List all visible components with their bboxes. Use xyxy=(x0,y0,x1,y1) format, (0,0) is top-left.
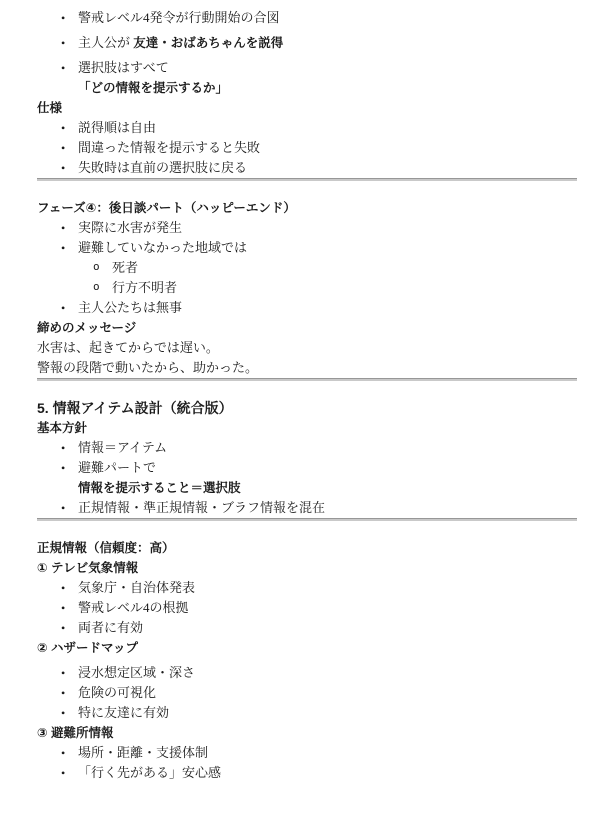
section-heading-spec: 仕様 xyxy=(37,98,577,118)
sub-bullet-item: o 死者 xyxy=(37,258,577,278)
bullet-text: 間違った情報を提示すると失敗 xyxy=(78,140,260,155)
bullet-item: • 気象庁・自治体発表 xyxy=(37,578,577,598)
formal-info-heading: 正規情報（信頼度：高） xyxy=(37,538,577,558)
bullet-text: 特に友達に有効 xyxy=(78,705,169,720)
bullet-text: 行方不明者 xyxy=(112,280,177,295)
horizontal-rule-line xyxy=(37,378,577,381)
bullet-icon: • xyxy=(61,598,65,618)
bullet-text: 正規情報・準正規情報・ブラフ情報を混在 xyxy=(78,500,325,515)
bullet-text-prefix: 主人公が xyxy=(78,35,133,50)
bullet-continuation: 情報を提示すること＝選択肢 xyxy=(37,478,577,498)
bullet-icon: • xyxy=(61,578,65,598)
paragraph: 警報の段階で動いたから、助かった。 xyxy=(37,358,577,378)
bullet-icon: • xyxy=(61,498,65,518)
bullet-text-bold: 「どの情報を提示するか」 xyxy=(78,81,228,95)
bullet-text-bold: 情報を提示すること＝選択肢 xyxy=(78,481,241,495)
bullet-text: 実際に水害が発生 xyxy=(78,220,182,235)
bullet-text: 浸水想定区域・深さ xyxy=(78,665,195,680)
bullet-icon: • xyxy=(61,33,65,53)
document-content: • 警戒レベル4発令が行動開始の合図 • 主人公が 友達・おばあちゃんを説得 •… xyxy=(0,0,599,783)
bullet-icon: • xyxy=(61,743,65,763)
horizontal-rule xyxy=(37,378,577,398)
bullet-icon: • xyxy=(61,763,65,783)
numbered-item-1-heading: ① テレビ気象情報 xyxy=(37,558,577,578)
bullet-text-bold: 友達・おばあちゃんを説得 xyxy=(133,36,283,50)
paragraph: 水害は、起きてからでは遅い。 xyxy=(37,338,577,358)
bullet-text: 失敗時は直前の選択肢に戻る xyxy=(78,160,247,175)
bullet-text: 警戒レベル4の根拠 xyxy=(78,600,189,615)
bullet-text: 情報＝アイテム xyxy=(78,440,167,455)
section-heading-5: 5. 情報アイテム設計（統合版） xyxy=(37,398,577,418)
bullet-item: • 警戒レベル4の根拠 xyxy=(37,598,577,618)
bullet-item: • 警戒レベル4発令が行動開始の合図 xyxy=(37,8,577,28)
bullet-text: 避難パートで xyxy=(78,460,156,475)
bullet-text: 説得順は自由 xyxy=(78,120,156,135)
bullet-text: 「行く先がある」安心感 xyxy=(78,765,221,780)
section-heading-phase4: フェーズ④：後日談パート（ハッピーエンド） xyxy=(37,198,577,218)
bullet-item: • 危険の可視化 xyxy=(37,683,577,703)
bullet-item: • 場所・距離・支援体制 xyxy=(37,743,577,763)
document-page: • 警戒レベル4発令が行動開始の合図 • 主人公が 友達・おばあちゃんを説得 •… xyxy=(0,0,599,828)
bullet-icon: • xyxy=(61,58,65,78)
bullet-icon: • xyxy=(61,118,65,138)
bullet-item: • 説得順は自由 xyxy=(37,118,577,138)
bullet-item: • 特に友達に有効 xyxy=(37,703,577,723)
sub-bullet-icon: o xyxy=(93,277,100,297)
bullet-continuation: 「どの情報を提示するか」 xyxy=(37,78,577,98)
bullet-icon: • xyxy=(61,138,65,158)
bullet-icon: • xyxy=(61,158,65,178)
bullet-icon: • xyxy=(61,218,65,238)
horizontal-rule xyxy=(37,178,577,198)
sub-bullet-icon: o xyxy=(93,257,100,277)
policy-heading: 基本方針 xyxy=(37,418,577,438)
numbered-item-2-heading: ② ハザードマップ xyxy=(37,638,577,658)
closing-message-heading: 締めのメッセージ xyxy=(37,318,577,338)
bullet-text: 警戒レベル4発令が行動開始の合図 xyxy=(78,10,280,25)
bullet-text: 選択肢はすべて xyxy=(78,60,169,75)
bullet-item: • 間違った情報を提示すると失敗 xyxy=(37,138,577,158)
bullet-icon: • xyxy=(61,438,65,458)
bullet-item: • 失敗時は直前の選択肢に戻る xyxy=(37,158,577,178)
bullet-item: • 実際に水害が発生 xyxy=(37,218,577,238)
bullet-item: • 浸水想定区域・深さ xyxy=(37,663,577,683)
bullet-text: 両者に有効 xyxy=(78,620,143,635)
numbered-item-3-heading: ③ 避難所情報 xyxy=(37,723,577,743)
bullet-text: 死者 xyxy=(112,260,138,275)
bullet-text: 危険の可視化 xyxy=(78,685,156,700)
bullet-item: • 主人公たちは無事 xyxy=(37,298,577,318)
bullet-item: • 両者に有効 xyxy=(37,618,577,638)
bullet-item: • 主人公が 友達・おばあちゃんを説得 xyxy=(37,33,577,53)
bullet-icon: • xyxy=(61,458,65,478)
bullet-item: • 選択肢はすべて xyxy=(37,58,577,78)
bullet-item: • 「行く先がある」安心感 xyxy=(37,763,577,783)
bullet-icon: • xyxy=(61,703,65,723)
horizontal-rule-line xyxy=(37,178,577,181)
bullet-text: 気象庁・自治体発表 xyxy=(78,580,195,595)
bullet-icon: • xyxy=(61,238,65,258)
bullet-item: • 情報＝アイテム xyxy=(37,438,577,458)
bullet-icon: • xyxy=(61,298,65,318)
bullet-item: • 正規情報・準正規情報・ブラフ情報を混在 xyxy=(37,498,577,518)
bullet-icon: • xyxy=(61,663,65,683)
bullet-icon: • xyxy=(61,8,65,28)
bullet-icon: • xyxy=(61,618,65,638)
bullet-text: 避難していなかった地域では xyxy=(78,240,247,255)
bullet-text: 主人公たちは無事 xyxy=(78,300,182,315)
sub-bullet-item: o 行方不明者 xyxy=(37,278,577,298)
bullet-text: 場所・距離・支援体制 xyxy=(78,745,208,760)
bullet-item: • 避難していなかった地域では xyxy=(37,238,577,258)
horizontal-rule-line xyxy=(37,518,577,521)
bullet-icon: • xyxy=(61,683,65,703)
bullet-item: • 避難パートで xyxy=(37,458,577,478)
horizontal-rule xyxy=(37,518,577,538)
